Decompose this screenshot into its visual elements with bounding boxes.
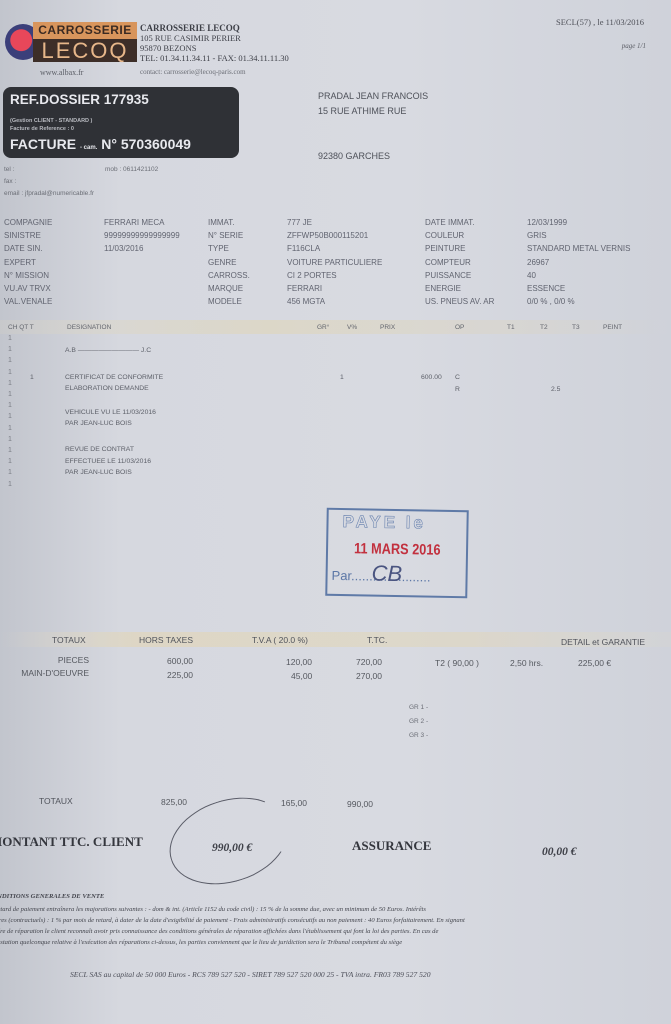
pieces-ttc: 720,00 (356, 657, 382, 667)
tva-header: T.V.A ( 20.0 %) (252, 635, 308, 645)
ttc-header: T.TC. (367, 635, 387, 645)
table-row: PAR JEAN-LUC BOIS (65, 469, 132, 476)
vehicle-field-label: TYPE (208, 244, 229, 253)
row-op: C (455, 374, 460, 381)
stamp-title: PAYE le (342, 512, 426, 533)
vehicle-field-value: FERRARI (287, 284, 322, 293)
sum-tva: 165,00 (281, 798, 307, 808)
company-city: 95870 BEZONS (140, 43, 196, 53)
col-t2: T2 (540, 324, 548, 331)
row-prix: 600.00 (421, 374, 442, 381)
vehicle-field-label: DATE SIN. (4, 244, 43, 253)
col-op: OP (455, 324, 464, 331)
vehicle-field-value: 40 (527, 271, 536, 280)
invoice-date: SECL(57) , le 11/03/2016 (556, 17, 644, 27)
vehicle-field-value: ESSENCE (527, 284, 565, 293)
vehicle-field-label: IMMAT. (208, 218, 235, 227)
dossier-number: REF.DOSSIER 177935 (10, 92, 149, 107)
logo-line2: LECOQ (33, 39, 137, 62)
row-op: R (455, 386, 460, 393)
reference-invoice: Facture de Reference : 0 (10, 126, 74, 132)
logo-line1: CARROSSERIE (33, 22, 137, 39)
vehicle-field-label: CARROSS. (208, 271, 250, 280)
company-phone: TEL: 01.34.11.34.11 - FAX: 01.34.11.11.3… (140, 53, 289, 63)
vehicle-field-label: N° MISSION (4, 271, 49, 280)
vehicle-field-label: ENERGIE (425, 284, 461, 293)
table-row: CERTIFICAT DE CONFORMITE (65, 374, 163, 381)
company-name: CARROSSERIE LECOQ (140, 23, 240, 33)
dossier-reference-box: REF.DOSSIER 177935 (Gestion CLIENT - STA… (3, 87, 239, 158)
vehicle-field-value: ZFFWP50B000115201 (287, 231, 368, 240)
gr2: GR 2 - (409, 718, 428, 725)
vehicle-field-value: 11/03/2016 (104, 244, 143, 253)
col-ch-qt-t: CH QT T (8, 324, 34, 331)
company-logo: CARROSSERIE LECOQ (5, 22, 137, 62)
vehicle-field-value: 12/03/1999 (527, 218, 567, 227)
vehicle-field-value: VOITURE PARTICULIERE (287, 258, 382, 267)
tel-line: tel : (4, 166, 14, 173)
email-line: email : jfpradal@numericable.fr (4, 190, 94, 197)
gr1: GR 1 - (409, 704, 428, 711)
row-marker: 1 (8, 391, 12, 398)
row-marker: 1 (8, 436, 12, 443)
contact-email[interactable]: contact: carrosserie@lecoq-paris.com (140, 68, 246, 76)
table-row: A.B ————————— J.C (65, 347, 151, 354)
col-prix: PRIX (380, 324, 395, 331)
pieces-ht: 600,00 (167, 656, 193, 666)
vehicle-field-label: MARQUE (208, 284, 243, 293)
detail-garantie-header: DETAIL et GARANTIE (561, 637, 645, 647)
conditions-line: Tout retard de paiement entraînera les m… (0, 906, 426, 913)
vehicle-field-value: STANDARD METAL VERNIS (527, 244, 630, 253)
hors-taxes-header: HORS TAXES (139, 635, 193, 645)
vehicle-field-value: 0/0 % , 0/0 % (527, 297, 575, 306)
vehicle-field-label: VU.AV TRVX (4, 284, 51, 293)
stamp-date: 11 MARS 2016 (354, 540, 441, 559)
page-number: page 1/1 (622, 42, 646, 50)
sum-label: TOTAUX (39, 796, 73, 806)
vehicle-field-label: SINISTRE (4, 231, 41, 240)
table-row: ELABORATION DEMANDE (65, 385, 149, 392)
website-link[interactable]: www.albax.fr (40, 68, 83, 77)
legal-footer: SECL SAS au capital de 50 000 Euros - RC… (70, 970, 431, 979)
row-marker: 1 (8, 380, 12, 387)
vehicle-field-label: PUISSANCE (425, 271, 471, 280)
table-row: EFFECTUEE LE 11/03/2016 (65, 458, 151, 465)
vehicle-field-value: 99999999999999999 (104, 231, 180, 240)
row-qt: 1 (30, 374, 34, 381)
invoice-page: CARROSSERIE LECOQ CARROSSERIE LECOQ 105 … (0, 0, 671, 1024)
table-row: REVUE DE CONTRAT (65, 446, 134, 453)
facture-sub: - cam. (80, 145, 97, 151)
vehicle-field-label: GENRE (208, 258, 236, 267)
vehicle-field-label: MODELE (208, 297, 242, 306)
vehicle-field-label: COMPTEUR (425, 258, 471, 267)
row-t2: 2.5 (551, 386, 560, 393)
facture-no: N° 570360049 (101, 136, 191, 152)
col-t1: T1 (507, 324, 515, 331)
row-marker: 1 (8, 346, 12, 353)
table-row: VEHICULE VU LE 11/03/2016 (65, 409, 156, 416)
assurance-value: 00,00 € (542, 846, 577, 858)
col-t3: T3 (572, 324, 580, 331)
conditions-line: contestation quelconque relative à l'exé… (0, 939, 402, 946)
vehicle-field-label: PEINTURE (425, 244, 465, 253)
row-marker: 1 (8, 447, 12, 454)
detail-amount: 225,00 € (578, 658, 611, 668)
pieces-tva: 120,00 (286, 657, 312, 667)
conditions-line: moratoires (contractuels) : 1 % par mois… (0, 917, 465, 924)
client-city: 92380 GARCHES (318, 151, 390, 161)
table-row: PAR JEAN-LUC BOIS (65, 420, 132, 427)
facture-label: FACTURE (10, 136, 76, 152)
main-oeuvre-ttc: 270,00 (356, 671, 382, 681)
client-name: PRADAL JEAN FRANCOIS (318, 91, 428, 101)
col-gr: GR° (317, 324, 329, 331)
assurance-label: ASSURANCE (352, 838, 431, 854)
row-marker: 1 (8, 413, 12, 420)
detail-hours: 2,50 hrs. (510, 658, 543, 668)
col-peint: PEINT (603, 324, 622, 331)
row-marker: 1 (8, 469, 12, 476)
row-marker: 1 (8, 458, 12, 465)
company-address: CARROSSERIE LECOQ 105 RUE CASIMIR PERIER… (140, 23, 289, 63)
paid-stamp: PAYE le 11 MARS 2016 Par................… (325, 508, 469, 598)
detail-rate: T2 ( 90,00 ) (435, 658, 479, 668)
gestion-type: (Gestion CLIENT - STANDARD ) (10, 118, 92, 124)
vehicle-field-value: 456 MGTA (287, 297, 325, 306)
row-marker: 1 (8, 425, 12, 432)
row-marker: 1 (8, 481, 12, 488)
client-total-label: MONTANT TTC. CLIENT (0, 834, 143, 850)
client-street: 15 RUE ATHIME RUE (318, 106, 406, 116)
invoice-number: FACTURE - cam. N° 570360049 (10, 136, 191, 152)
main-oeuvre-label: MAIN-D'OEUVRE (21, 668, 89, 678)
sum-ht: 825,00 (161, 797, 187, 807)
vehicle-field-value: F116CLA (287, 244, 320, 253)
vehicle-field-value: GRIS (527, 231, 547, 240)
pieces-label: PIECES (58, 655, 89, 665)
vehicle-field-value: 777 JE (287, 218, 312, 227)
vehicle-field-label: N° SERIE (208, 231, 243, 240)
company-street: 105 RUE CASIMIR PERIER (140, 33, 241, 43)
vehicle-field-label: EXPERT (4, 258, 36, 267)
vehicle-field-label: VAL.VENALE (4, 297, 52, 306)
vehicle-field-label: COMPAGNIE (4, 218, 52, 227)
col-v: V% (347, 324, 357, 331)
conditions-line: l'ordre de réparation le client reconnaî… (0, 928, 438, 935)
main-oeuvre-tva: 45,00 (291, 671, 312, 681)
gr3: GR 3 - (409, 732, 428, 739)
row-marker: 1 (8, 369, 12, 376)
vehicle-field-value: 26967 (527, 258, 549, 267)
vehicle-field-label: US. PNEUS AV. AR (425, 297, 494, 306)
conditions-title: CONDITIONS GENERALES DE VENTE (0, 893, 104, 900)
row-marker: 1 (8, 335, 12, 342)
main-oeuvre-ht: 225,00 (167, 670, 193, 680)
row-marker: 1 (8, 357, 12, 364)
row-gr: 1 (340, 374, 344, 381)
vehicle-field-label: COULEUR (425, 231, 464, 240)
mobile-line: mob : 0611421102 (105, 166, 158, 173)
client-total-value: 990,00 € (212, 842, 252, 854)
sum-ttc: 990,00 (347, 799, 373, 809)
vehicle-field-label: DATE IMMAT. (425, 218, 474, 227)
vehicle-field-value: CI 2 PORTES (287, 271, 337, 280)
fax-line: fax : (4, 178, 16, 185)
totals-label: TOTAUX (52, 635, 86, 645)
vehicle-field-value: FERRARI MECA (104, 218, 164, 227)
col-designation: DESIGNATION (67, 324, 111, 331)
signature: CB (371, 561, 402, 588)
row-marker: 1 (8, 402, 12, 409)
